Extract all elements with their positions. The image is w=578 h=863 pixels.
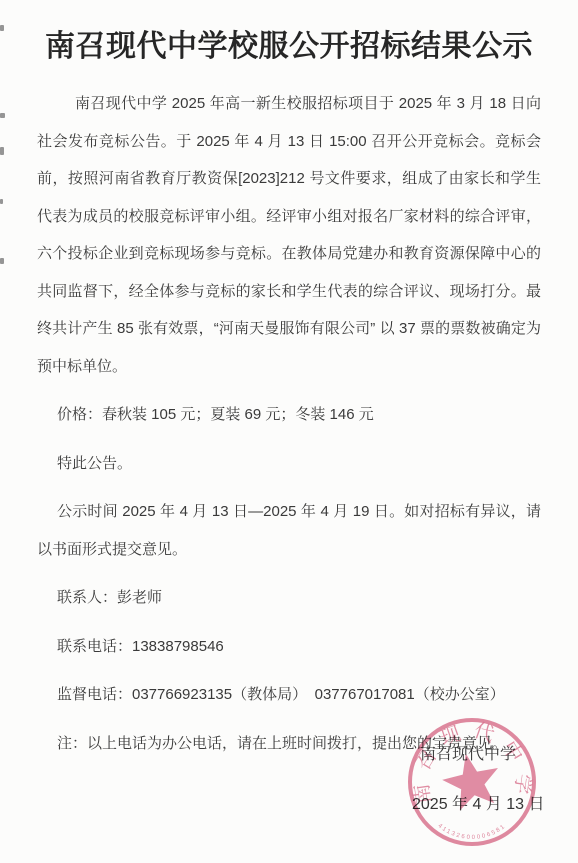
signature-date: 2025 年 4 月 13 日 <box>412 795 545 815</box>
document-body: 南召现代中学校服公开招标结果公示 南召现代中学 2025 年高一新生校服招标项目… <box>0 0 578 762</box>
paragraph-publicity-period: 公示时间 2025 年 4 月 13 日—2025 年 4 月 19 日。如对招… <box>37 493 541 568</box>
scan-artifact <box>0 258 4 264</box>
paragraph-contact-phone: 联系电话：13838798546 <box>37 628 541 666</box>
scan-artifact <box>0 113 5 118</box>
paragraph-supervision-phone: 监督电话：037766923135（教体局） 037767017081（校办公室… <box>37 676 541 714</box>
paragraph-contact-person: 联系人：彭老师 <box>37 579 541 617</box>
paragraph-price: 价格：春秋装 105 元；夏装 69 元；冬装 146 元 <box>37 396 541 434</box>
document-page: 南召现代中学校服公开招标结果公示 南召现代中学 2025 年高一新生校服招标项目… <box>0 0 578 863</box>
page-title: 南召现代中学校服公开招标结果公示 <box>37 26 541 68</box>
scan-artifact <box>0 147 4 155</box>
paragraph-notice: 特此公告。 <box>37 445 541 483</box>
paragraph-intro: 南召现代中学 2025 年高一新生校服招标项目于 2025 年 3 月 18 日… <box>37 85 541 385</box>
scan-artifact <box>0 25 4 31</box>
seal-serial-number: 41132600006581 <box>437 823 508 841</box>
scan-artifact <box>0 199 3 204</box>
signature-school-name: 南召现代中学 <box>398 745 538 765</box>
